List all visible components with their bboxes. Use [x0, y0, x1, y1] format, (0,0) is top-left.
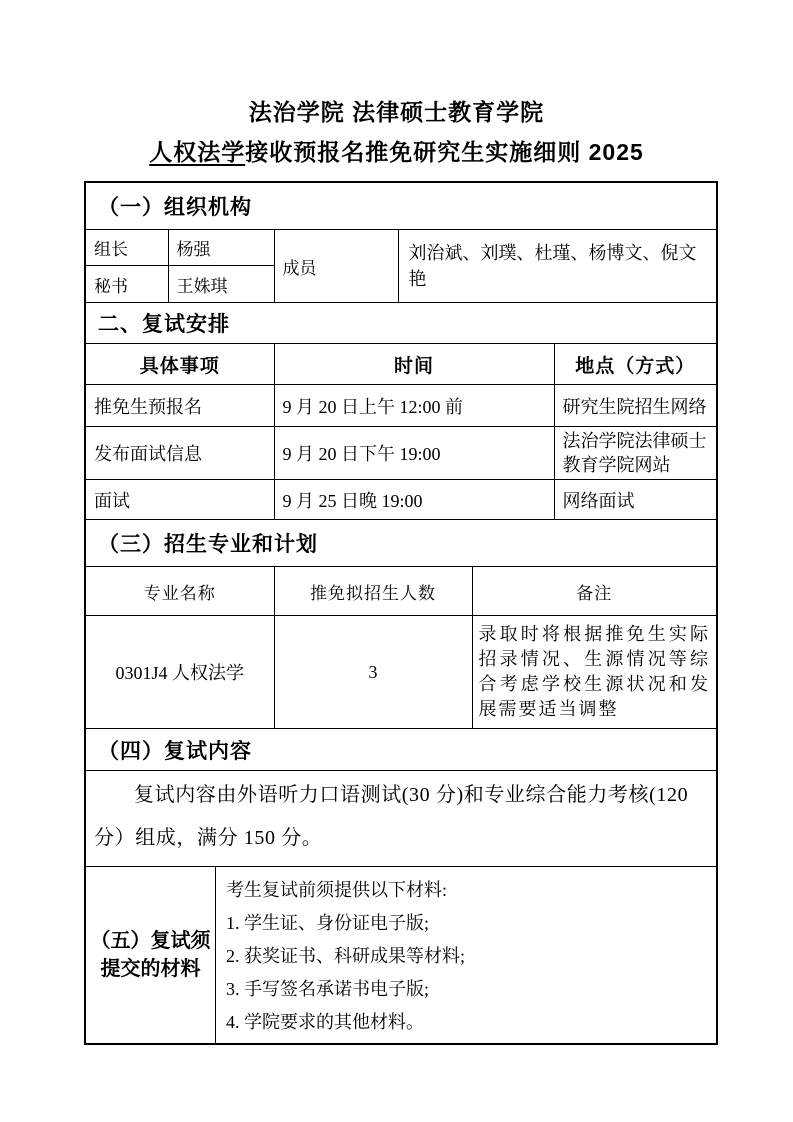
schedule-item: 发布面试信息: [86, 427, 274, 480]
table-row: 0301J4 人权法学 3 录取时将根据推免生实际招录情况、生源情况等综合考虑学…: [86, 616, 716, 729]
schedule-place: 网络面试: [554, 480, 716, 520]
materials-item: 1. 学生证、身份证电子版;: [226, 907, 712, 940]
table-header-row: 具体事项 时间 地点（方式）: [86, 344, 716, 385]
schedule-table: 具体事项 时间 地点（方式） 推免生预报名 9 月 20 日上午 12:00 前…: [86, 343, 716, 519]
schedule-item: 面试: [86, 480, 274, 520]
materials-item: 4. 学院要求的其他材料。: [226, 1006, 712, 1039]
materials-section: （五）复试须提交的材料 考生复试前须提供以下材料: 1. 学生证、身份证电子版;…: [86, 866, 716, 1043]
column-header-remark: 备注: [472, 567, 716, 616]
table-row: 推免生预报名 9 月 20 日上午 12:00 前 研究生院招生网络: [86, 385, 716, 427]
majors-table: 专业名称 推免拟招生人数 备注 0301J4 人权法学 3 录取时将根据推免生实…: [86, 566, 716, 728]
section-heading-majors: （三）招生专业和计划: [86, 519, 716, 566]
schedule-time: 9 月 20 日上午 12:00 前: [274, 385, 554, 427]
materials-intro: 考生复试前须提供以下材料:: [226, 874, 712, 907]
column-header-major: 专业名称: [86, 567, 274, 616]
section-heading-retest-content: （四）复试内容: [86, 728, 716, 770]
materials-list: 考生复试前须提供以下材料: 1. 学生证、身份证电子版; 2. 获奖证书、科研成…: [216, 867, 716, 1043]
secretary-label: 秘书: [86, 266, 168, 303]
major-name: 0301J4 人权法学: [86, 616, 274, 729]
schedule-time: 9 月 25 日晚 19:00: [274, 480, 554, 520]
members-label: 成员: [274, 230, 398, 303]
table-header-row: 专业名称 推免拟招生人数 备注: [86, 567, 716, 616]
table-row: 面试 9 月 25 日晚 19:00 网络面试: [86, 480, 716, 520]
page-title: 法治学院 法律硕士教育学院: [0, 96, 793, 128]
retest-content-paragraph: 复试内容由外语听力口语测试(30 分)和专业综合能力考核(120 分）组成，满分…: [86, 770, 716, 866]
page-subtitle: 人权法学接收预报名推免研究生实施细则 2025: [0, 136, 793, 168]
materials-label: （五）复试须提交的材料: [86, 867, 216, 1043]
subtitle-rest-text: 接收预报名推免研究生实施细则 2025: [245, 139, 644, 165]
section-heading-organization: （一）组织机构: [86, 183, 716, 229]
column-header-quota: 推免拟招生人数: [274, 567, 472, 616]
leader-label: 组长: [86, 230, 168, 266]
materials-item: 2. 获奖证书、科研成果等材料;: [226, 940, 712, 973]
column-header-time: 时间: [274, 344, 554, 385]
subtitle-underlined-text: 人权法学: [149, 139, 245, 165]
members-names: 刘治斌、刘璞、杜瑾、杨博文、倪文艳: [398, 230, 716, 303]
column-header-item: 具体事项: [86, 344, 274, 385]
major-remark: 录取时将根据推免生实际招录情况、生源情况等综合考虑学校生源状况和发展需要适当调整: [472, 616, 716, 729]
table-row: 组长 杨强 成员 刘治斌、刘璞、杜瑾、杨博文、倪文艳: [86, 230, 716, 266]
leader-name: 杨强: [168, 230, 274, 266]
secretary-name: 王姝琪: [168, 266, 274, 303]
column-header-place: 地点（方式）: [554, 344, 716, 385]
document-table: （一）组织机构 组长 杨强 成员 刘治斌、刘璞、杜瑾、杨博文、倪文艳 秘书 王姝…: [84, 181, 718, 1045]
materials-item: 3. 手写签名承诺书电子版;: [226, 973, 712, 1006]
table-row: 发布面试信息 9 月 20 日下午 19:00 法治学院法律硕士教育学院网站: [86, 427, 716, 480]
schedule-item: 推免生预报名: [86, 385, 274, 427]
section-heading-schedule: 二、复试安排: [86, 302, 716, 343]
schedule-place: 研究生院招生网络: [554, 385, 716, 427]
schedule-place: 法治学院法律硕士教育学院网站: [554, 427, 716, 480]
major-quota: 3: [274, 616, 472, 729]
organization-table: 组长 杨强 成员 刘治斌、刘璞、杜瑾、杨博文、倪文艳 秘书 王姝琪: [86, 229, 716, 302]
schedule-time: 9 月 20 日下午 19:00: [274, 427, 554, 480]
